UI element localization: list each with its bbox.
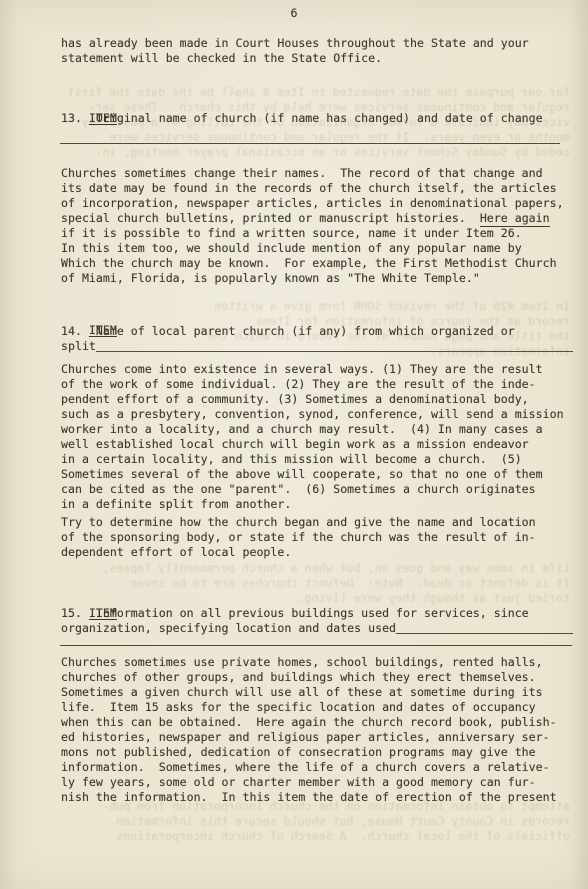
item-14-question-line2: split bbox=[61, 339, 573, 354]
item-15-question-line2: organization, specifying location and da… bbox=[61, 621, 573, 636]
bleedthrough-text: officials of the local church. A search … bbox=[58, 829, 570, 844]
bleedthrough-text: records in County Court House, but shoul… bbox=[58, 814, 570, 829]
item-14-description: Churches come into existence in several … bbox=[61, 362, 564, 512]
bleedthrough-text: ceded by Sunday School services or an oc… bbox=[58, 145, 570, 160]
bleedthrough-text: it is defunct or dead. Note: Defunct chu… bbox=[58, 576, 570, 591]
item-14-question-prefix: split bbox=[61, 339, 96, 354]
item-13-description: Churches sometimes change their names. T… bbox=[61, 166, 564, 286]
page-number: 6 bbox=[0, 6, 588, 21]
item-15-description: Churches sometimes use private homes, sc… bbox=[61, 655, 557, 805]
intro-paragraph: has already been made in Court Houses th… bbox=[61, 36, 529, 66]
bleedthrough-text: for our purpose the date requested in It… bbox=[58, 85, 570, 100]
bleedthrough-text: In Item #26 of the revised SOHR form giv… bbox=[58, 299, 570, 314]
bleedthrough-text: toried just as though they were living. bbox=[58, 591, 570, 606]
item-14-question-line1: 14. Name of local parent church (if any)… bbox=[61, 324, 515, 339]
item-13-description-part2: if it is possible to find a written sour… bbox=[61, 226, 557, 285]
item-13-description-emphasis: Here again bbox=[480, 211, 550, 227]
item-13-question: 13. Original name of church (if name has… bbox=[61, 111, 543, 126]
scanned-document-page: for our purpose the date requested in It… bbox=[0, 0, 588, 889]
item-14-answer-line bbox=[96, 339, 573, 352]
item-15-question-prefix: organization, specifying location and da… bbox=[61, 621, 396, 636]
item-15-answer-line bbox=[396, 621, 573, 634]
item-13-answer-line bbox=[60, 143, 560, 144]
item-14-description-2: Try to determine how the church began an… bbox=[61, 515, 536, 560]
bleedthrough-text: life in some way and goes on, but when a… bbox=[58, 561, 570, 576]
item-15-answer-line-2 bbox=[60, 645, 572, 646]
item-15-question-line1: 15. Information on all previous building… bbox=[61, 606, 529, 621]
